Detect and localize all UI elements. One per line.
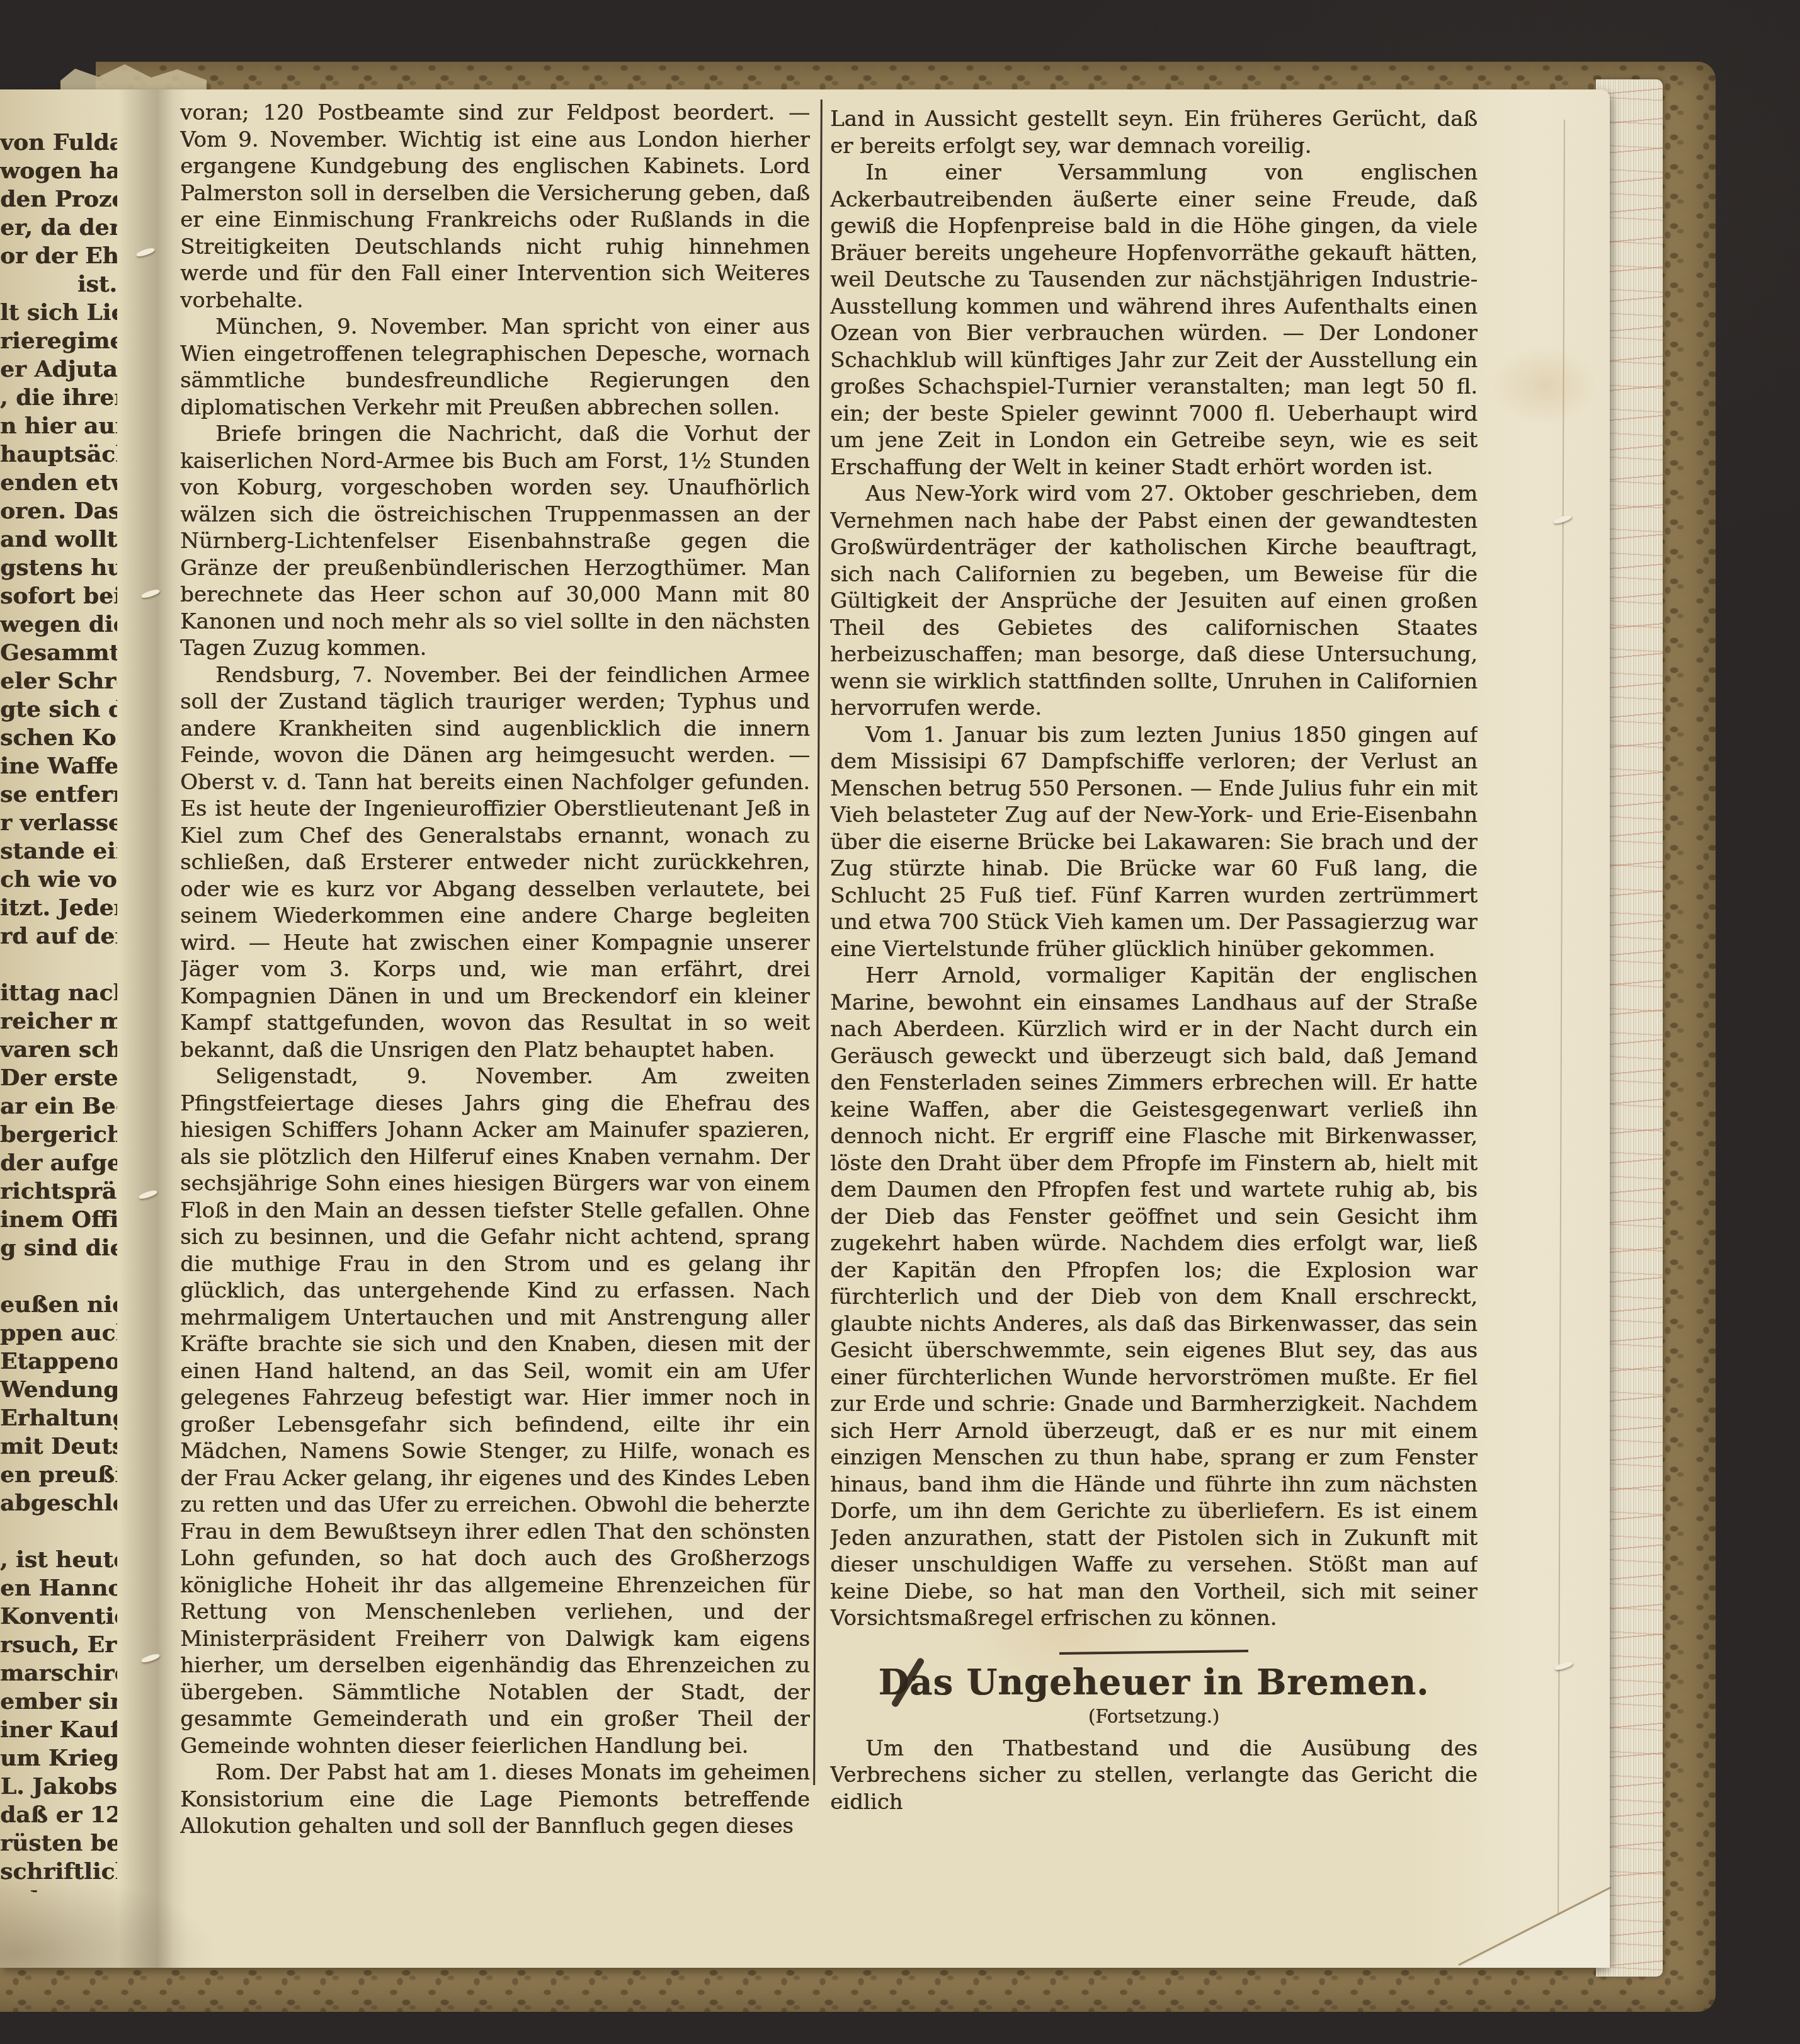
paragraph: Vom 1. Januar bis zum lezten Junius 1850… [830,722,1478,963]
article-subtitle: (Fortsetzung.) [830,1704,1478,1729]
paragraph: Land in Aussicht gestellt seyn. Ein früh… [830,106,1478,159]
article-title: Das Ungeheuer in Bremen. [830,1662,1478,1703]
gutter-line: wegen die- [0,610,117,639]
gutter-line: der aufge- [0,1149,117,1177]
gutter-line: Der erste [0,1064,117,1092]
gutter-line: gte sich die [0,695,117,724]
gutter-line: L. Jakobs [0,1773,117,1801]
left-text-column: voran; 120 Postbeamte sind zur Feldpost … [180,100,810,1838]
gutter-line: gehen rasch [0,1886,117,1892]
gutter-line: eußen nicht [0,1291,117,1319]
article-title-text: Das Ungeheuer in Bremen. [879,1662,1430,1703]
gutter-line: daß er 12 [0,1801,117,1829]
gutter-fragment-column: von Fuldawogen hat.den Prozeßer, da dero… [0,128,117,1892]
gutter-line: sofort bei [0,582,117,610]
gutter-line: hauptsäch- [0,440,117,469]
gutter-line: richtspräsi- [0,1177,117,1206]
scanned-newspaper-page: von Fuldawogen hat.den Prozeßer, da dero… [0,0,1800,2044]
paragraph: Herr Arnold, vormaliger Kapitän der engl… [830,962,1478,1632]
gutter-line: eler Schrei- [0,667,117,695]
paragraph: Aus New-York wird vom 27. Oktober geschr… [830,481,1478,722]
gutter-line: ine Waffen [0,752,117,780]
gutter-line: g sind die [0,1234,117,1262]
gutter-line: Erhaltung [0,1404,117,1432]
gutter-line: um Kriege [0,1744,117,1773]
gutter-line: ppen auch [0,1319,117,1347]
gutter-line: varen schon [0,1036,117,1064]
gutter-line: Etappenorte [0,1347,117,1376]
gutter-line: ist. [0,270,117,299]
gutter-line: Konvention [0,1602,117,1631]
gutter-line [0,951,117,979]
gutter-line: enden etwa [0,469,117,497]
gutter-line: gstens hun- [0,554,117,582]
gutter-line: rd auf der [0,922,117,951]
gutter-line: en preußi- [0,1461,117,1489]
paragraph: In einer Versammlung von englischen Acke… [830,159,1478,481]
gutter-line: inem Offi- [0,1206,117,1234]
right-column-news: Land in Aussicht gestellt seyn. Ein früh… [830,106,1478,1632]
paragraph: Rom. Der Pabst hat am 1. dieses Monats i… [180,1759,810,1838]
gutter-line: stande ein- [0,837,117,865]
paragraph: Seligenstadt, 9. November. Am zweiten Pf… [180,1063,810,1759]
gutter-line: or der Ehe [0,242,117,270]
gutter-line: itzt. Jeder [0,894,117,922]
gutter-line: ch wie vor [0,865,117,894]
paragraph: voran; 120 Postbeamte sind zur Feldpost … [180,100,810,314]
gutter-line: Gesammt- [0,639,117,667]
paragraph: Um den Thatbestand und die Ausübung des … [830,1735,1478,1816]
right-text-column: Land in Aussicht gestellt seyn. Ein früh… [830,106,1478,1907]
gutter-line: , die ihren [0,384,117,412]
article-body: Um den Thatbestand und die Ausübung des … [830,1735,1478,1816]
gutter-line: , ist heute [0,1546,117,1574]
gutter-line [0,1517,117,1546]
gutter-crease-shadow [118,89,188,1968]
gutter-line: and wollte [0,525,117,554]
gutter-line: abgeschlos- [0,1489,117,1517]
gutter-line: von Fulda [0,128,117,157]
paragraph: München, 9. November. Man spricht von ei… [180,314,810,421]
gutter-line: n hier auf. [0,412,117,440]
gutter-line: en Hanno- [0,1574,117,1602]
gutter-line: ember sind [0,1687,117,1716]
paragraph: Rendsburg, 7. November. Bei der feindlic… [180,662,810,1064]
gutter-line: se entfernt [0,780,117,809]
gutter-line: ittag nach [0,979,117,1007]
gutter-line: rsuch, Ere- [0,1631,117,1659]
gutter-line: wogen hat. [0,157,117,185]
gutter-line: reicher mit [0,1007,117,1036]
section-divider-rule [1059,1649,1248,1654]
gutter-line [0,1262,117,1291]
gutter-line: den Prozeß [0,185,117,214]
gutter-line: schriftlich [0,1858,117,1886]
gutter-line: rüsten be- [0,1829,117,1858]
gutter-line: bergerichts- [0,1121,117,1149]
gutter-line: r verlassen. [0,809,117,837]
gutter-line: mit Deutsch- [0,1432,117,1461]
gutter-line: oren. Das [0,497,117,525]
gutter-line: er, da der [0,214,117,242]
paragraph: Briefe bringen die Nachricht, daß die Vo… [180,421,810,662]
gutter-line: lt sich Lieu- [0,299,117,327]
gutter-line: schen Kom- [0,724,117,752]
gutter-line: ar ein Be- [0,1092,117,1121]
gutter-line: rieregiment, [0,327,117,355]
gutter-line: er Adjutant [0,355,117,384]
gutter-line: Wendung [0,1376,117,1404]
gutter-line: marschiren [0,1659,117,1687]
gutter-line: iner Kauf- [0,1716,117,1744]
